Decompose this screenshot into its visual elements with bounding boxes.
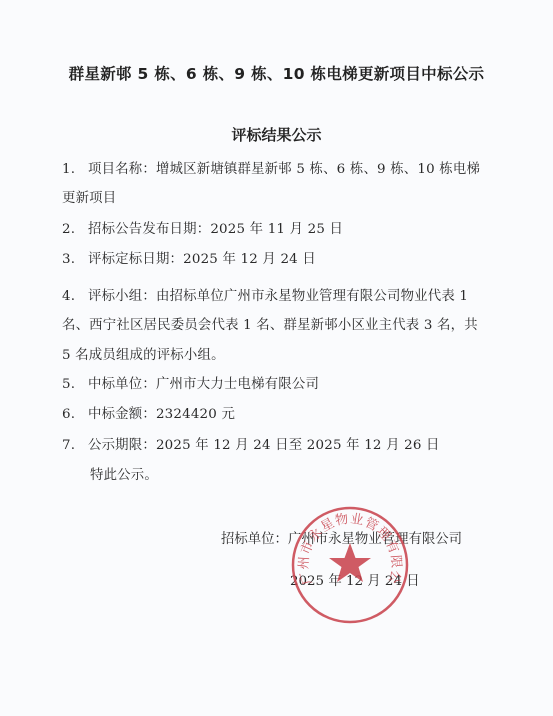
item-evaluation-panel-cont: 名、西宁社区居民委员会代表 1 名、群星新邨小区业主代表 3 名，共 [62, 314, 478, 333]
item-project-name: 1.项目名称：增城区新塘镇群星新邨 5 栋、6 栋、9 栋、10 栋电梯 [62, 158, 480, 177]
closing-text: 特此公示。 [90, 464, 158, 483]
item-project-name-cont: 更新项目 [62, 187, 116, 206]
item-publicity-period: 7.公示期限：2025 年 12 月 24 日至 2025 年 12 月 26 … [62, 434, 440, 453]
item-evaluation-panel-cont2: 5 名成员组成的评标小组。 [62, 344, 225, 363]
item-evaluation-date: 3.评标定标日期：2025 年 12 月 24 日 [62, 248, 316, 267]
item-announce-date: 2.招标公告发布日期：2025 年 11 月 25 日 [62, 218, 343, 237]
company-seal-icon: 广州市永星物业管理有限公司 [290, 505, 410, 625]
item-winning-amount: 6.中标金额：2324420 元 [62, 403, 235, 422]
document-page: 群星新邨 5 栋、6 栋、9 栋、10 栋电梯更新项目中标公示 评标结果公示 1… [0, 0, 553, 716]
section-title: 评标结果公示 [0, 124, 553, 145]
document-title: 群星新邨 5 栋、6 栋、9 栋、10 栋电梯更新项目中标公示 [0, 62, 553, 84]
item-evaluation-panel: 4.评标小组：由招标单位广州市永星物业管理有限公司物业代表 1 [62, 285, 468, 304]
item-winning-bidder: 5.中标单位：广州市大力士电梯有限公司 [62, 373, 319, 392]
